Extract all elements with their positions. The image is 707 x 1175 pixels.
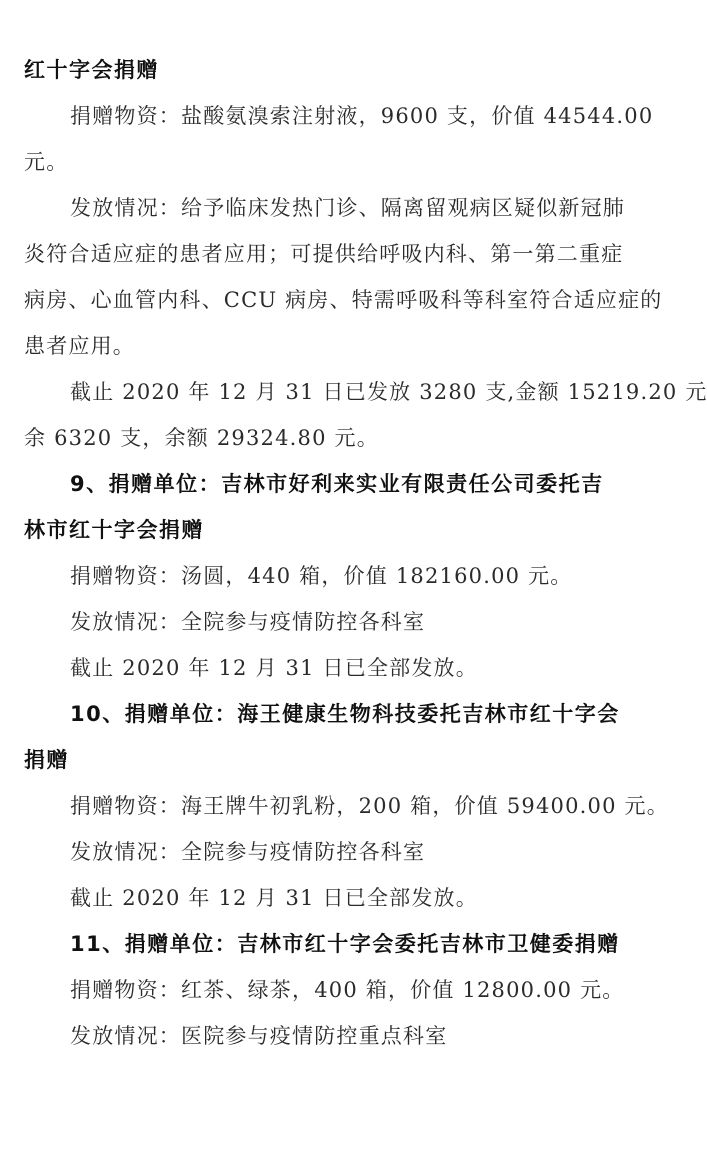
section-heading-continuation: 红十字会捐赠 [24, 56, 159, 84]
deadline-status-8: 截止 2020 年 12 月 31 日已发放 3280 支,金额 15219.2… [70, 378, 707, 406]
donor-heading-10: 10、捐赠单位：海王健康生物科技委托吉林市红十字会 [70, 700, 620, 728]
donation-items-9: 捐赠物资：汤圆，440 箱，价值 182160.00 元。 [70, 562, 572, 590]
deadline-status-8-cont: 余 6320 支，余额 29324.80 元。 [24, 424, 379, 452]
donor-heading-9-cont: 林市红十字会捐赠 [24, 516, 204, 544]
deadline-status-9: 截止 2020 年 12 月 31 日已全部发放。 [70, 654, 478, 682]
document-page: 红十字会捐赠 捐赠物资：盐酸氨溴索注射液，9600 支，价值 44544.00 … [0, 0, 707, 1175]
distribution-status-10: 发放情况：全院参与疫情防控各科室 [70, 838, 425, 866]
distribution-status-11: 发放情况：医院参与疫情防控重点科室 [70, 1022, 447, 1050]
donor-heading-10-cont: 捐赠 [24, 746, 69, 774]
donor-heading-9: 9、捐赠单位：吉林市好利来实业有限责任公司委托吉 [70, 470, 604, 498]
donor-heading-11: 11、捐赠单位：吉林市红十字会委托吉林市卫健委捐赠 [70, 930, 620, 958]
distribution-status-8-cont-3: 患者应用。 [24, 332, 135, 360]
donation-items-10: 捐赠物资：海王牌牛初乳粉，200 箱，价值 59400.00 元。 [70, 792, 669, 820]
distribution-status-8-cont-2: 病房、心血管内科、CCU 病房、特需呼吸科等科室符合适应症的 [24, 286, 663, 314]
donation-items-8: 捐赠物资：盐酸氨溴索注射液，9600 支，价值 44544.00 [70, 102, 653, 130]
deadline-status-10: 截止 2020 年 12 月 31 日已全部发放。 [70, 884, 478, 912]
donation-items-8-cont: 元。 [24, 148, 68, 176]
donation-items-11: 捐赠物资：红茶、绿茶，400 箱，价值 12800.00 元。 [70, 976, 625, 1004]
distribution-status-9: 发放情况：全院参与疫情防控各科室 [70, 608, 425, 636]
distribution-status-8: 发放情况：给予临床发热门诊、隔离留观病区疑似新冠肺 [70, 194, 625, 222]
distribution-status-8-cont-1: 炎符合适应症的患者应用；可提供给呼吸内科、第一第二重症 [24, 240, 623, 268]
